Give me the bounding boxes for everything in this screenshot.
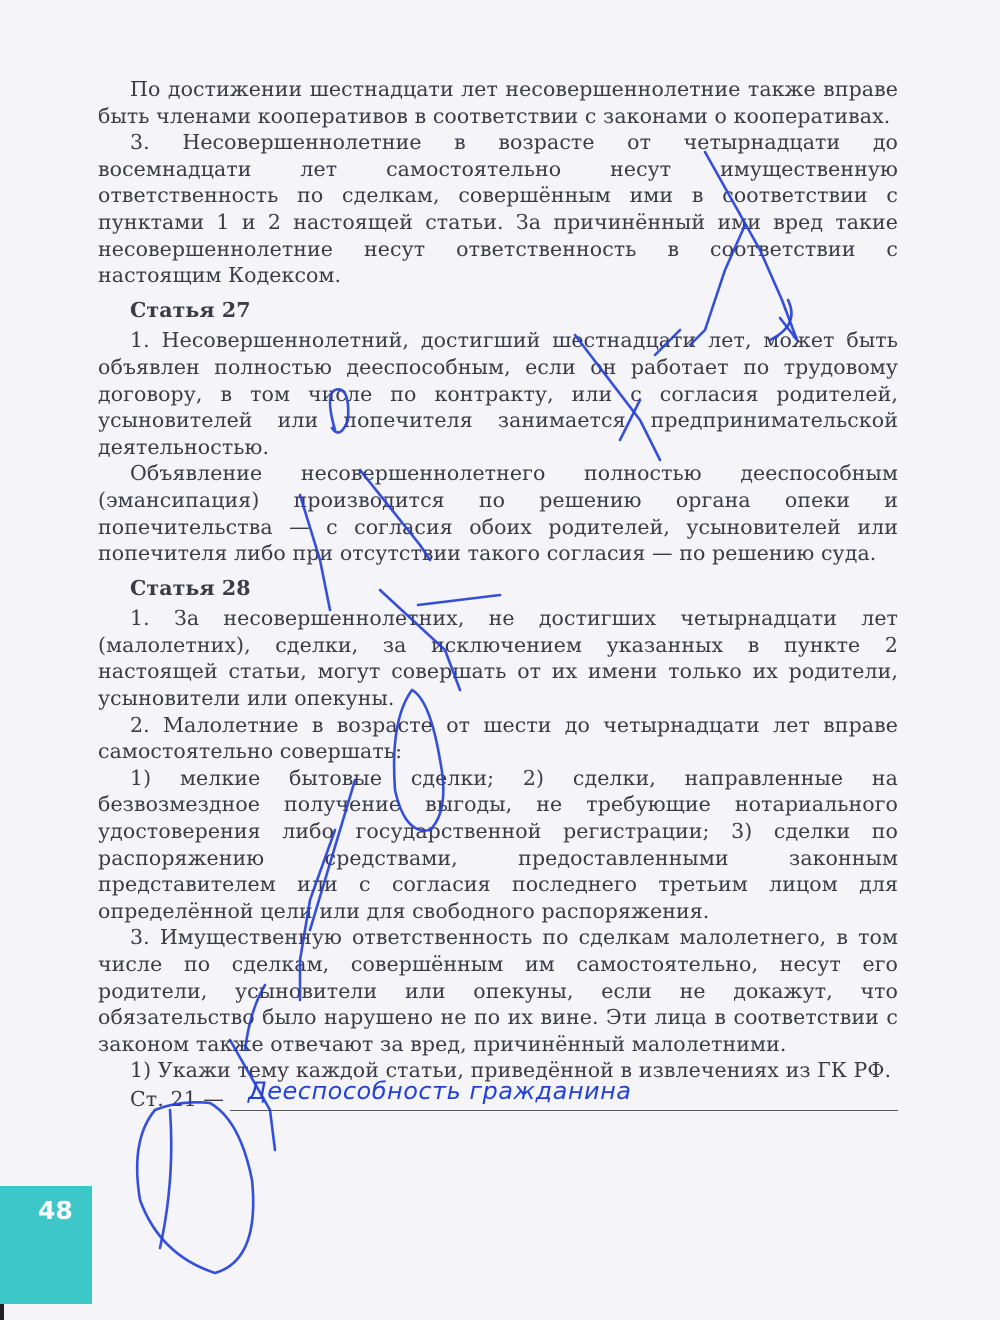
article-27-paragraph-2: Объявление несовершеннолетнего полностью… [98, 460, 898, 566]
article-28-paragraph-1: 1. За несовершеннолетних, не достигших ч… [98, 605, 898, 711]
answer-line[interactable] [230, 1110, 898, 1111]
article-28-paragraph-3: 1) мелкие бытовые сделки; 2) сделки, нап… [98, 765, 898, 925]
answer-label: Ст. 21 — [130, 1086, 224, 1113]
page-edge-mark [0, 1304, 4, 1320]
page-number-tab: 48 [0, 1186, 92, 1304]
article-27-title: Статья 27 [98, 297, 898, 324]
article-28-title: Статья 28 [98, 575, 898, 602]
article-27-paragraph-1: 1. Несовершеннолетний, достигший шестнад… [98, 327, 898, 460]
textbook-page: По достижении шестнадцати лет несовершен… [0, 0, 1000, 1320]
article-28-paragraph-4: 3. Имущественную ответственность по сдел… [98, 924, 898, 1057]
article-28-paragraph-2: 2. Малолетние в возрасте от шести до чет… [98, 712, 898, 765]
answer-row-article-21[interactable]: Ст. 21 — Дееспособность гражданина [98, 1086, 898, 1118]
intro-paragraph-1: По достижении шестнадцати лет несовершен… [98, 76, 898, 129]
page-number: 48 [38, 1196, 73, 1225]
intro-paragraph-2: 3. Несовершеннолетние в возрасте от четы… [98, 129, 898, 289]
text-column: По достижении шестнадцати лет несовершен… [98, 76, 898, 1118]
handwritten-answer: Дееспособность гражданина [248, 1078, 632, 1105]
